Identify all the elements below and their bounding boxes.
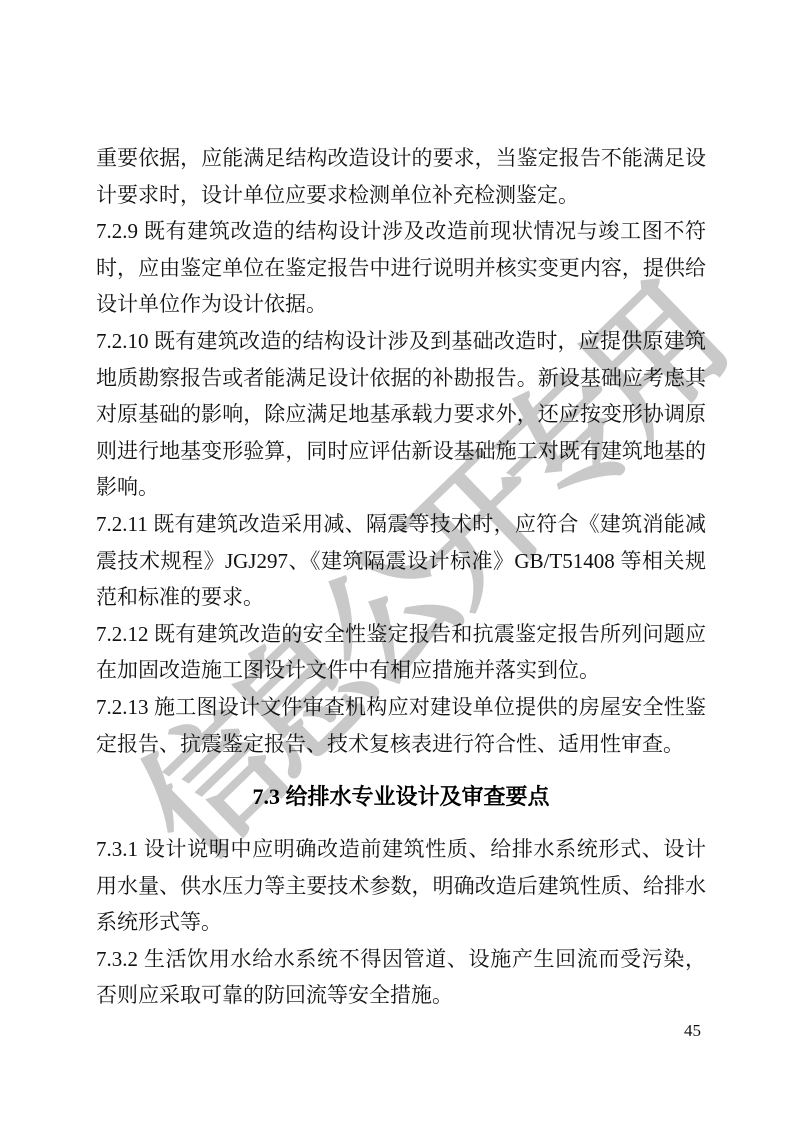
page-number: 45	[684, 1020, 701, 1042]
paragraph: 7.2.13 施工图设计文件审查机构应对建设单位提供的房屋安全性鉴定报告、抗震鉴…	[96, 689, 706, 762]
paragraph: 7.2.10 既有建筑改造的结构设计涉及到基础改造时，应提供原建筑地质勘察报告或…	[96, 323, 706, 506]
paragraph: 重要依据，应能满足结构改造设计的要求，当鉴定报告不能满足设计要求时，设计单位应要…	[96, 140, 706, 213]
document-body: 重要依据，应能满足结构改造设计的要求，当鉴定报告不能满足设计要求时，设计单位应要…	[96, 140, 706, 1014]
paragraph: 7.3.2 生活饮用水给水系统不得因管道、设施产生回流而受污染，否则应采取可靠的…	[96, 941, 706, 1014]
paragraph: 7.2.12 既有建筑改造的安全性鉴定报告和抗震鉴定报告所列问题应在加固改造施工…	[96, 616, 706, 689]
document-page: 信息公开专用 重要依据，应能满足结构改造设计的要求，当鉴定报告不能满足设计要求时…	[0, 0, 800, 1131]
paragraph: 7.2.9 既有建筑改造的结构设计涉及改造前现状情况与竣工图不符时，应由鉴定单位…	[96, 213, 706, 323]
paragraph: 7.3.1 设计说明中应明确改造前建筑性质、给排水系统形式、设计用水量、供水压力…	[96, 831, 706, 941]
paragraph: 7.2.11 既有建筑改造采用减、隔震等技术时，应符合《建筑消能减震技术规程》J…	[96, 506, 706, 616]
section-heading: 7.3 给排水专业设计及审查要点	[96, 778, 706, 815]
